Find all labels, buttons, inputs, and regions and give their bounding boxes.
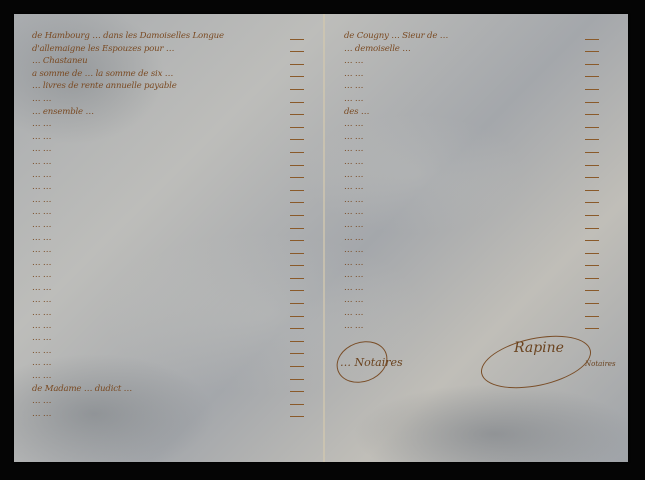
manuscript-line: des …: [344, 106, 599, 119]
manuscript-line: … …: [344, 118, 599, 131]
manuscript-line: … …: [344, 143, 599, 156]
signature-right: Rapine: [514, 340, 564, 356]
manuscript-line: … …: [32, 219, 304, 232]
manuscript-line: … livres de rente annuelle payable: [32, 80, 304, 93]
manuscript-line: … …: [344, 219, 599, 232]
manuscript-line: … …: [32, 206, 304, 219]
manuscript-line: … …: [32, 93, 304, 106]
manuscript-line: … …: [32, 257, 304, 270]
manuscript-line: … demoiselle …: [344, 43, 599, 56]
manuscript-line: … …: [32, 307, 304, 320]
manuscript-line: … ensemble …: [32, 106, 304, 119]
manuscript-line: … …: [344, 307, 599, 320]
left-page-text: de Hambourg … dans les Damoiselles Longu…: [32, 30, 304, 420]
manuscript-line: … …: [344, 257, 599, 270]
manuscript-line: … …: [32, 194, 304, 207]
manuscript-line: de Hambourg … dans les Damoiselles Longu…: [32, 30, 304, 43]
manuscript-line: … …: [344, 156, 599, 169]
manuscript-line: … …: [32, 232, 304, 245]
manuscript-line: a somme de … la somme de six …: [32, 68, 304, 81]
manuscript-line: d'allemaigne les Espouzes pour …: [32, 43, 304, 56]
manuscript-line: … …: [344, 68, 599, 81]
fold-line: [323, 14, 325, 462]
manuscript-line: … …: [32, 345, 304, 358]
manuscript-line: … …: [344, 169, 599, 182]
manuscript-line: … …: [344, 93, 599, 106]
manuscript-line: … …: [344, 131, 599, 144]
manuscript-line: … …: [32, 357, 304, 370]
manuscript-line: de Cougny … Sieur de …: [344, 30, 599, 43]
manuscript-line: … …: [32, 395, 304, 408]
manuscript-line: … …: [344, 294, 599, 307]
right-page-text: de Cougny … Sieur de …… demoiselle …… ………: [344, 30, 599, 332]
manuscript-line: … …: [32, 408, 304, 421]
manuscript-line: … …: [32, 332, 304, 345]
manuscript-line: … …: [344, 282, 599, 295]
manuscript-line: … …: [32, 169, 304, 182]
manuscript-line: de Madame … dudict …: [32, 383, 304, 396]
manuscript-line: … …: [344, 206, 599, 219]
manuscript-line: … …: [32, 131, 304, 144]
manuscript-line: … …: [32, 244, 304, 257]
manuscript-line: … …: [32, 370, 304, 383]
manuscript-line: … …: [344, 320, 599, 333]
manuscript-line: … …: [32, 181, 304, 194]
signature-right-sub: Notaires: [585, 360, 616, 368]
manuscript-line: … …: [32, 282, 304, 295]
manuscript-line: … …: [32, 269, 304, 282]
manuscript-line: … …: [344, 55, 599, 68]
manuscript-line: … …: [32, 294, 304, 307]
manuscript-line: … …: [344, 181, 599, 194]
manuscript-line: … Chastaneu: [32, 55, 304, 68]
manuscript-line: … …: [32, 320, 304, 333]
manuscript-line: … …: [344, 269, 599, 282]
manuscript-line: … …: [32, 156, 304, 169]
manuscript-line: … …: [344, 80, 599, 93]
manuscript-line: … …: [32, 143, 304, 156]
signature-left: … Notaires: [340, 356, 403, 369]
manuscript-line: … …: [344, 194, 599, 207]
manuscript-line: … …: [344, 232, 599, 245]
manuscript-line: … …: [32, 118, 304, 131]
manuscript-line: … …: [344, 244, 599, 257]
